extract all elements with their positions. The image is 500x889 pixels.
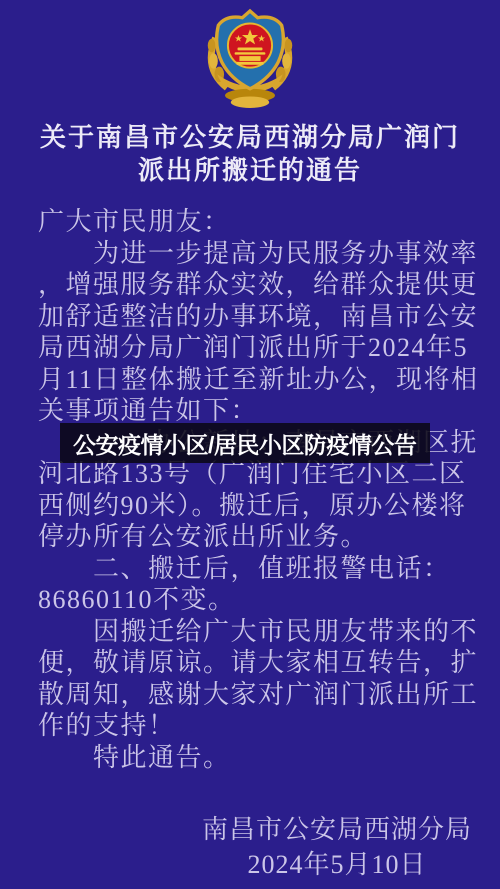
emblem-gate-base <box>237 62 264 65</box>
notice-body-line: 二、搬迁后，值班报警电话： <box>38 553 492 585</box>
wreath-leaf <box>209 53 218 68</box>
wreath-leaf <box>285 39 293 52</box>
overlay-banner: 公安疫情小区/居民小区防疫情公告 <box>60 423 430 463</box>
police-badge-icon <box>202 7 298 111</box>
notice-body-line: 86860110不变。 <box>38 584 492 616</box>
overlay-banner-text: 公安疫情小区/居民小区防疫情公告 <box>73 427 416 460</box>
notice-body-line: 因搬迁给广大市民朋友带来的不 <box>38 616 492 648</box>
wreath-leaf <box>282 53 291 68</box>
notice-title: 关于南昌市公安局西湖分局广润门 派出所搬迁的通告 <box>0 121 500 187</box>
notice-body: 广大市民朋友： 为进一步提高为民服务办事效率，增强服务群众实效，给群众提供更加舒… <box>38 206 492 773</box>
wreath-leaf <box>208 39 216 52</box>
emblem-gate-tier <box>235 52 266 54</box>
notice-body-line: 关事项通告如下： <box>38 395 492 427</box>
notice-body-line: 作的支持！ <box>38 710 492 742</box>
notice-body-line: 西侧约90米）。搬迁后，原办公楼将 <box>38 490 492 522</box>
notice-body-line: 便，敬请原谅。请大家相互转告，扩 <box>38 647 492 679</box>
notice-title-line2: 派出所搬迁的通告 <box>0 154 500 187</box>
signature-issuer: 南昌市公安局西湖分局 <box>202 812 472 847</box>
notice-body-line: 散周知，感谢大家对广润门派出所工 <box>38 679 492 711</box>
notice-body-line: 停办所有公安派出所业务。 <box>38 521 492 553</box>
notice-title-line1: 关于南昌市公安局西湖分局广润门 <box>0 121 500 154</box>
notice-body-line: 加舒适整洁的办事环境，南昌市公安 <box>38 301 492 333</box>
notice-body-line: 局西湖分局广润门派出所于2024年5 <box>38 332 492 364</box>
signature-date: 2024年5月10日 <box>202 847 472 882</box>
badge-base-band <box>231 96 269 108</box>
notice-body-line: 月11日整体搬迁至新址办公，现将相 <box>38 364 492 396</box>
notice-body-line: 广大市民朋友： <box>38 206 492 238</box>
emblem-gate-roof <box>238 47 263 50</box>
notice-body-line: 为进一步提高为民服务办事效率 <box>38 238 492 270</box>
notice-signature: 南昌市公安局西湖分局 2024年5月10日 <box>202 812 472 882</box>
notice-body-line: 特此通告。 <box>38 742 492 774</box>
notice-body-line: ，增强服务群众实效，给群众提供更 <box>38 269 492 301</box>
emblem-gate-wall <box>239 56 260 61</box>
notice-page: 关于南昌市公安局西湖分局广润门 派出所搬迁的通告 广大市民朋友： 为进一步提高为… <box>0 0 500 889</box>
